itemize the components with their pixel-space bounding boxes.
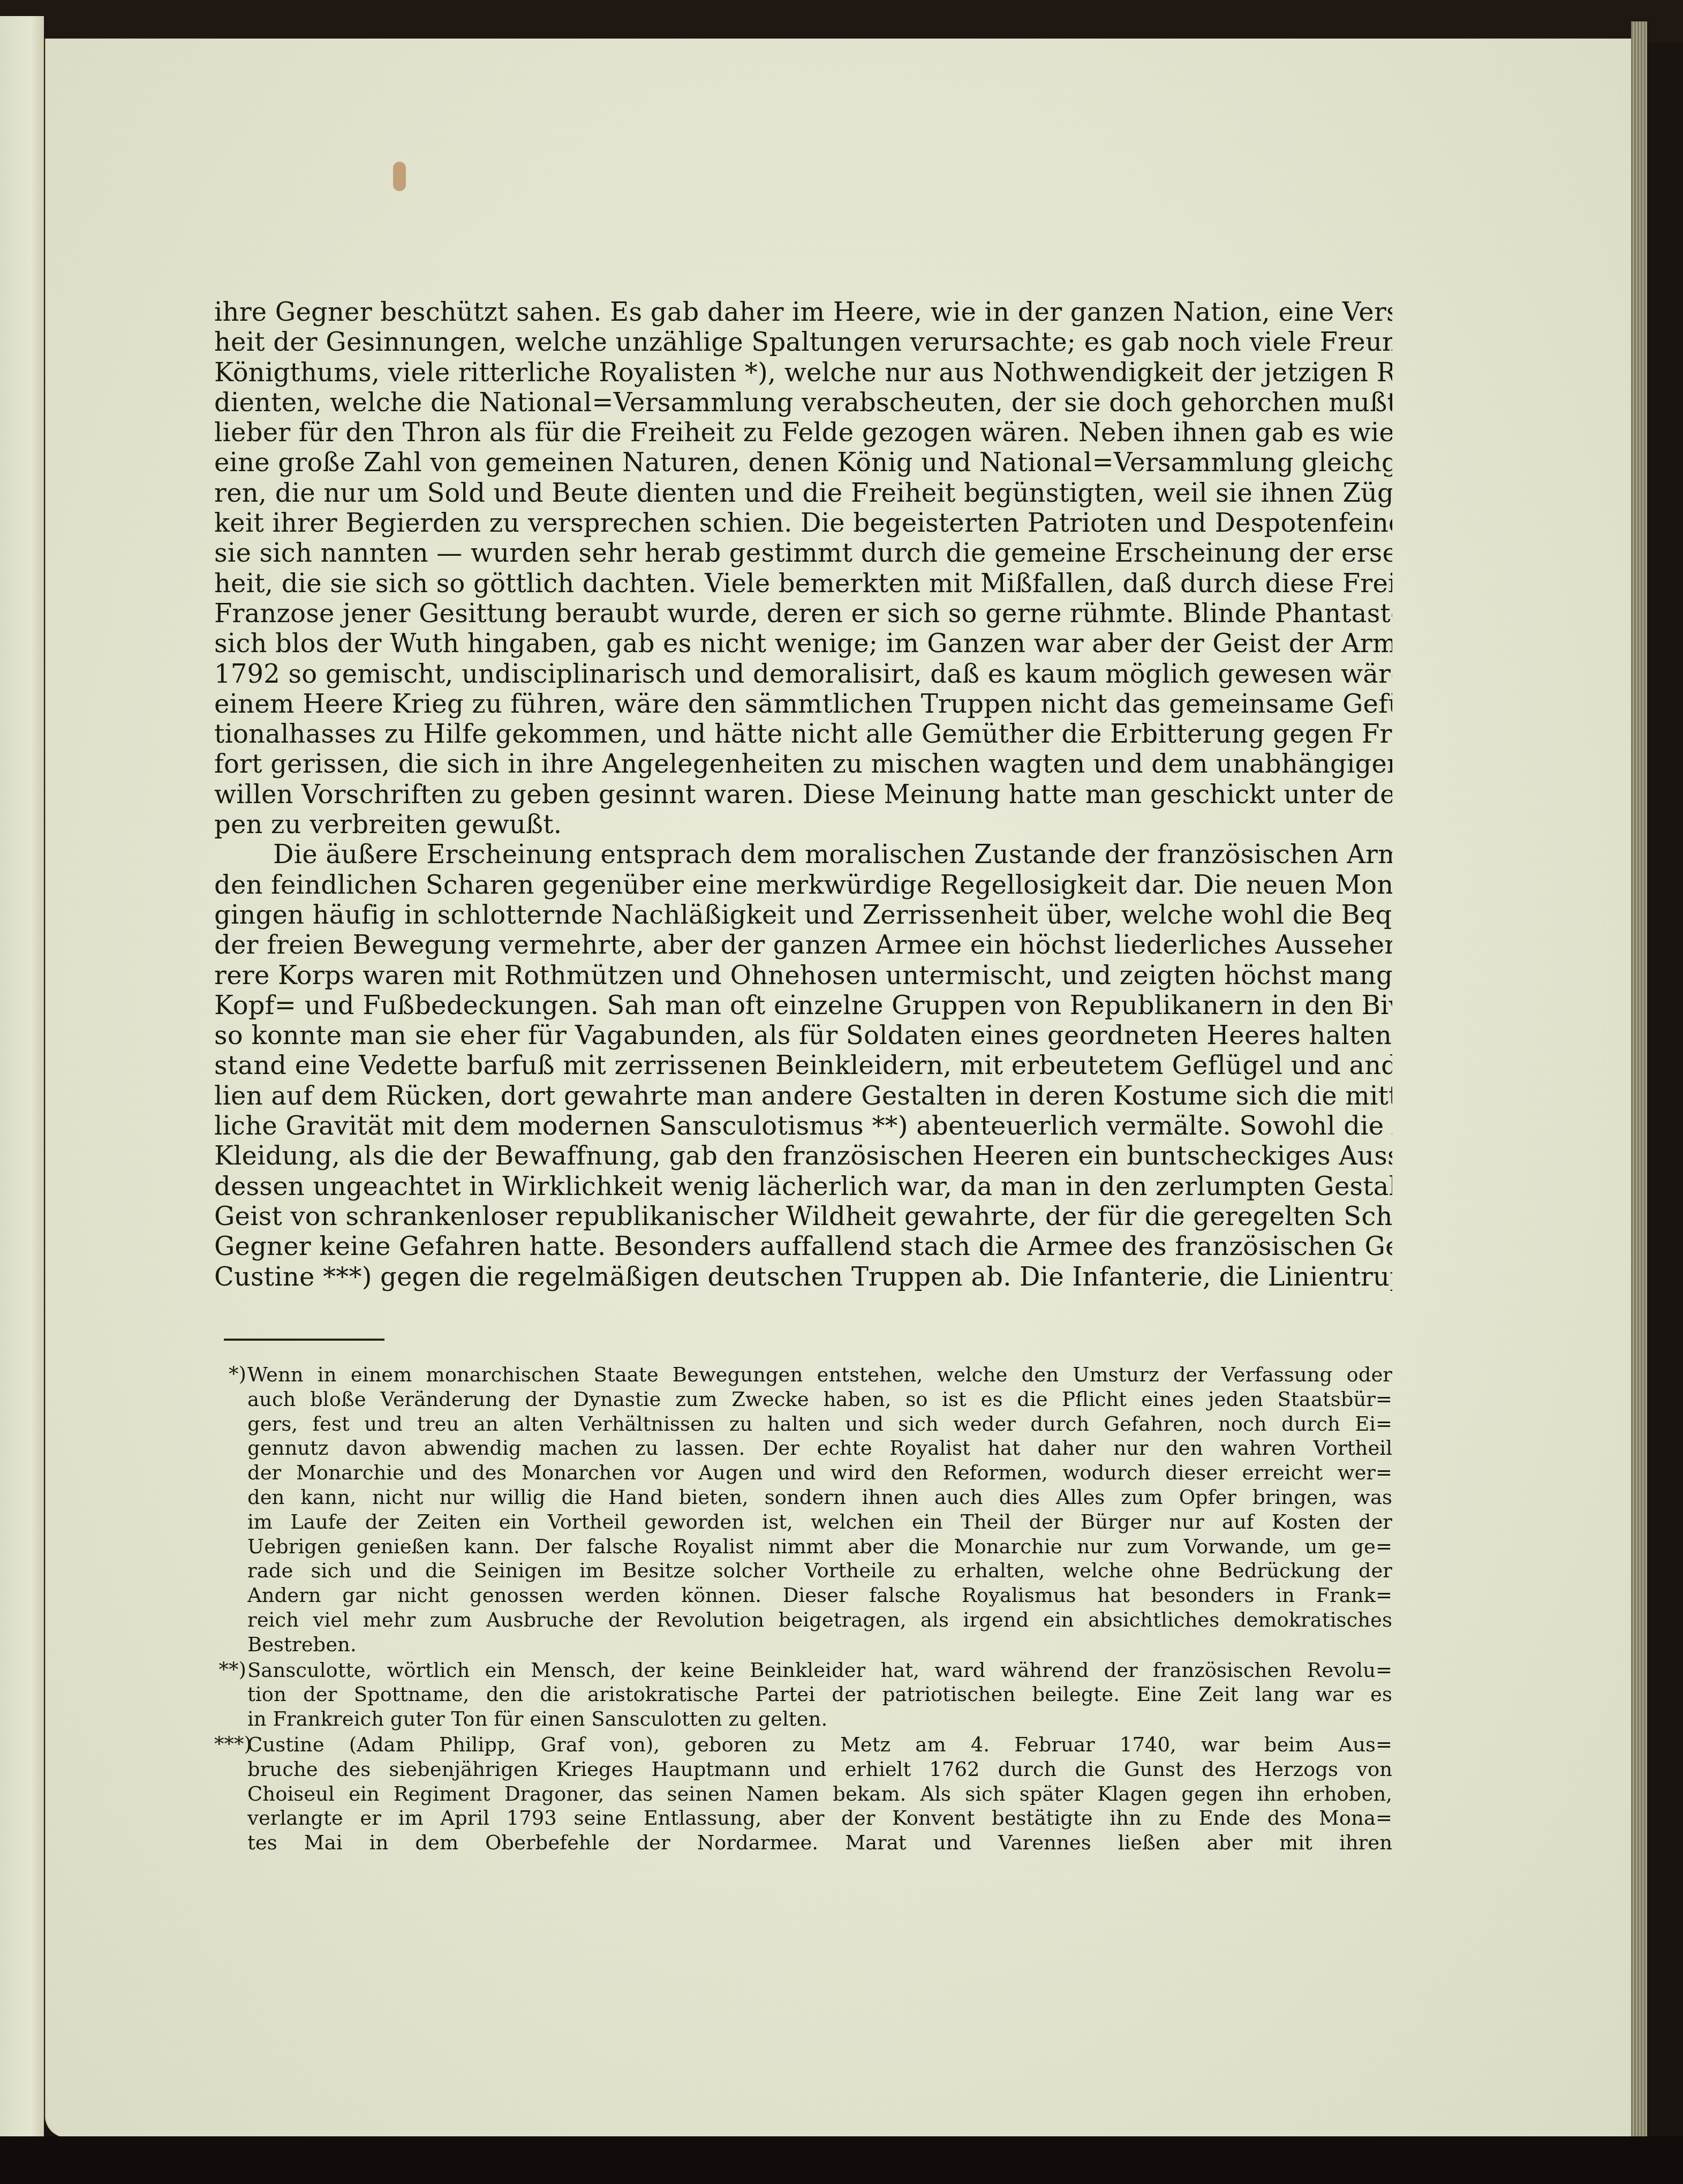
footnote-line: rade sich und die Seinigen im Besitze so… (247, 1559, 1392, 1583)
text-line: heit, die sie sich so göttlich dachten. … (214, 569, 1392, 599)
text-line: liche Gravität mit dem modernen Sansculo… (214, 1111, 1392, 1141)
footnote-marker: **) (214, 1658, 246, 1681)
text-line: einem Heere Krieg zu führen, wäre den sä… (214, 689, 1392, 719)
footnote-line: in Frankreich guter Ton für einen Sanscu… (247, 1707, 1392, 1732)
footnote-line: auch bloße Veränderung der Dynastie zum … (247, 1387, 1392, 1412)
text-line: dessen ungeachtet in Wirklichkeit wenig … (214, 1172, 1392, 1201)
footnote-line: im Laufe der Zeiten ein Vortheil geworde… (247, 1510, 1392, 1535)
footnote-line: Wenn in einem monarchischen Staate Beweg… (247, 1363, 1392, 1387)
footnotes-section: *) Wenn in einem monarchischen Staate Be… (214, 1363, 1392, 1856)
footnote-line: Uebrigen genießen kann. Der falsche Roya… (247, 1535, 1392, 1559)
scan-background-bottom (0, 2136, 1683, 2184)
page-fore-edge (1631, 21, 1647, 2136)
footnote-line: reich viel mehr zum Ausbruche der Revolu… (247, 1608, 1392, 1633)
footnote-line: der Monarchie und des Monarchen vor Auge… (247, 1461, 1392, 1485)
footnote-line: Choiseul ein Regiment Dragoner, das sein… (247, 1782, 1392, 1807)
text-line: Königthums, viele ritterliche Royalisten… (214, 358, 1392, 388)
footnote-line: Andern gar nicht genossen werden können.… (247, 1583, 1392, 1608)
text-line: willen Vorschriften zu geben gesinnt war… (214, 780, 1392, 810)
text-line: fort gerissen, die sich in ihre Angelege… (214, 749, 1392, 779)
footnote-line: den kann, nicht nur willig die Hand biet… (247, 1485, 1392, 1510)
footnote-line: tes Mai in dem Oberbefehle der Nordarmee… (247, 1831, 1392, 1855)
footnote-2: **) Sansculotte, wörtlich ein Mensch, de… (214, 1658, 1392, 1732)
footnote-1: *) Wenn in einem monarchischen Staate Be… (214, 1363, 1392, 1657)
footnote-marker: ***) (214, 1733, 246, 1756)
text-line: dienten, welche die National=Versammlung… (214, 388, 1392, 418)
text-line: keit ihrer Begierden zu versprechen schi… (214, 508, 1392, 538)
paragraph-start-line: Die äußere Erscheinung entsprach dem mor… (214, 840, 1392, 870)
text-line: sich blos der Wuth hingaben, gab es nich… (214, 629, 1392, 659)
text-line: lieber für den Thron als für die Freihei… (214, 418, 1392, 448)
footnote-line: Bestreben. (247, 1633, 1392, 1657)
text-line: heit der Gesinnungen, welche unzählige S… (214, 327, 1392, 357)
text-line: Gegner keine Gefahren hatte. Besonders a… (214, 1231, 1392, 1261)
footnote-line: Sansculotte, wörtlich ein Mensch, der ke… (247, 1658, 1392, 1683)
paragraph-end-line: pen zu verbreiten gewußt. (214, 810, 1392, 840)
text-line: ren, die nur um Sold und Beute dienten u… (214, 478, 1392, 508)
text-line: tionalhasses zu Hilfe gekommen, und hätt… (214, 719, 1392, 749)
text-line: Kleidung, als die der Bewaffnung, gab de… (214, 1141, 1392, 1171)
main-text-body: ihre Gegner beschützt sahen. Es gab dahe… (214, 297, 1392, 1292)
text-line: Custine ***) gegen die regelmäßigen deut… (214, 1262, 1392, 1292)
scan-background-top (0, 0, 1683, 43)
text-line: 1792 so gemischt, undisciplinarisch und … (214, 659, 1392, 689)
text-line: Franzose jener Gesittung beraubt wurde, … (214, 599, 1392, 629)
footnote-separator-rule (224, 1339, 384, 1341)
footnote-3: ***) Custine (Adam Philipp, Graf von), g… (214, 1733, 1392, 1855)
text-line: eine große Zahl von gemeinen Naturen, de… (214, 448, 1392, 478)
footnote-line: Custine (Adam Philipp, Graf von), gebore… (247, 1733, 1392, 1757)
text-line: stand eine Vedette barfuß mit zerrissene… (214, 1051, 1392, 1080)
text-line: gingen häufig in schlotternde Nachläßigk… (214, 900, 1392, 930)
text-line: so konnte man sie eher für Vagabunden, a… (214, 1021, 1392, 1051)
text-line: ihre Gegner beschützt sahen. Es gab dahe… (214, 297, 1392, 327)
facing-page-edge (0, 16, 44, 2136)
footnote-marker: *) (214, 1363, 246, 1386)
text-line: sie sich nannten — wurden sehr herab ges… (214, 538, 1392, 568)
footnote-line: verlangte er im April 1793 seine Entlass… (247, 1806, 1392, 1831)
text-line: Kopf= und Fußbedeckungen. Sah man oft ei… (214, 991, 1392, 1021)
text-line: der freien Bewegung vermehrte, aber der … (214, 930, 1392, 960)
footnote-line: gers, fest und treu an alten Verhältniss… (247, 1412, 1392, 1437)
text-line: lien auf dem Rücken, dort gewahrte man a… (214, 1081, 1392, 1111)
footnote-line: bruche des siebenjährigen Krieges Hauptm… (247, 1757, 1392, 1782)
footnote-line: tion der Spottname, den die aristokratis… (247, 1682, 1392, 1707)
text-line: rere Korps waren mit Rothmützen und Ohne… (214, 961, 1392, 991)
text-line: Geist von schrankenloser republikanische… (214, 1201, 1392, 1231)
foxing-stain (393, 162, 406, 191)
footnote-line: gennutz davon abwendig machen zu lassen.… (247, 1436, 1392, 1461)
text-line: den feindlichen Scharen gegenüber eine m… (214, 870, 1392, 900)
